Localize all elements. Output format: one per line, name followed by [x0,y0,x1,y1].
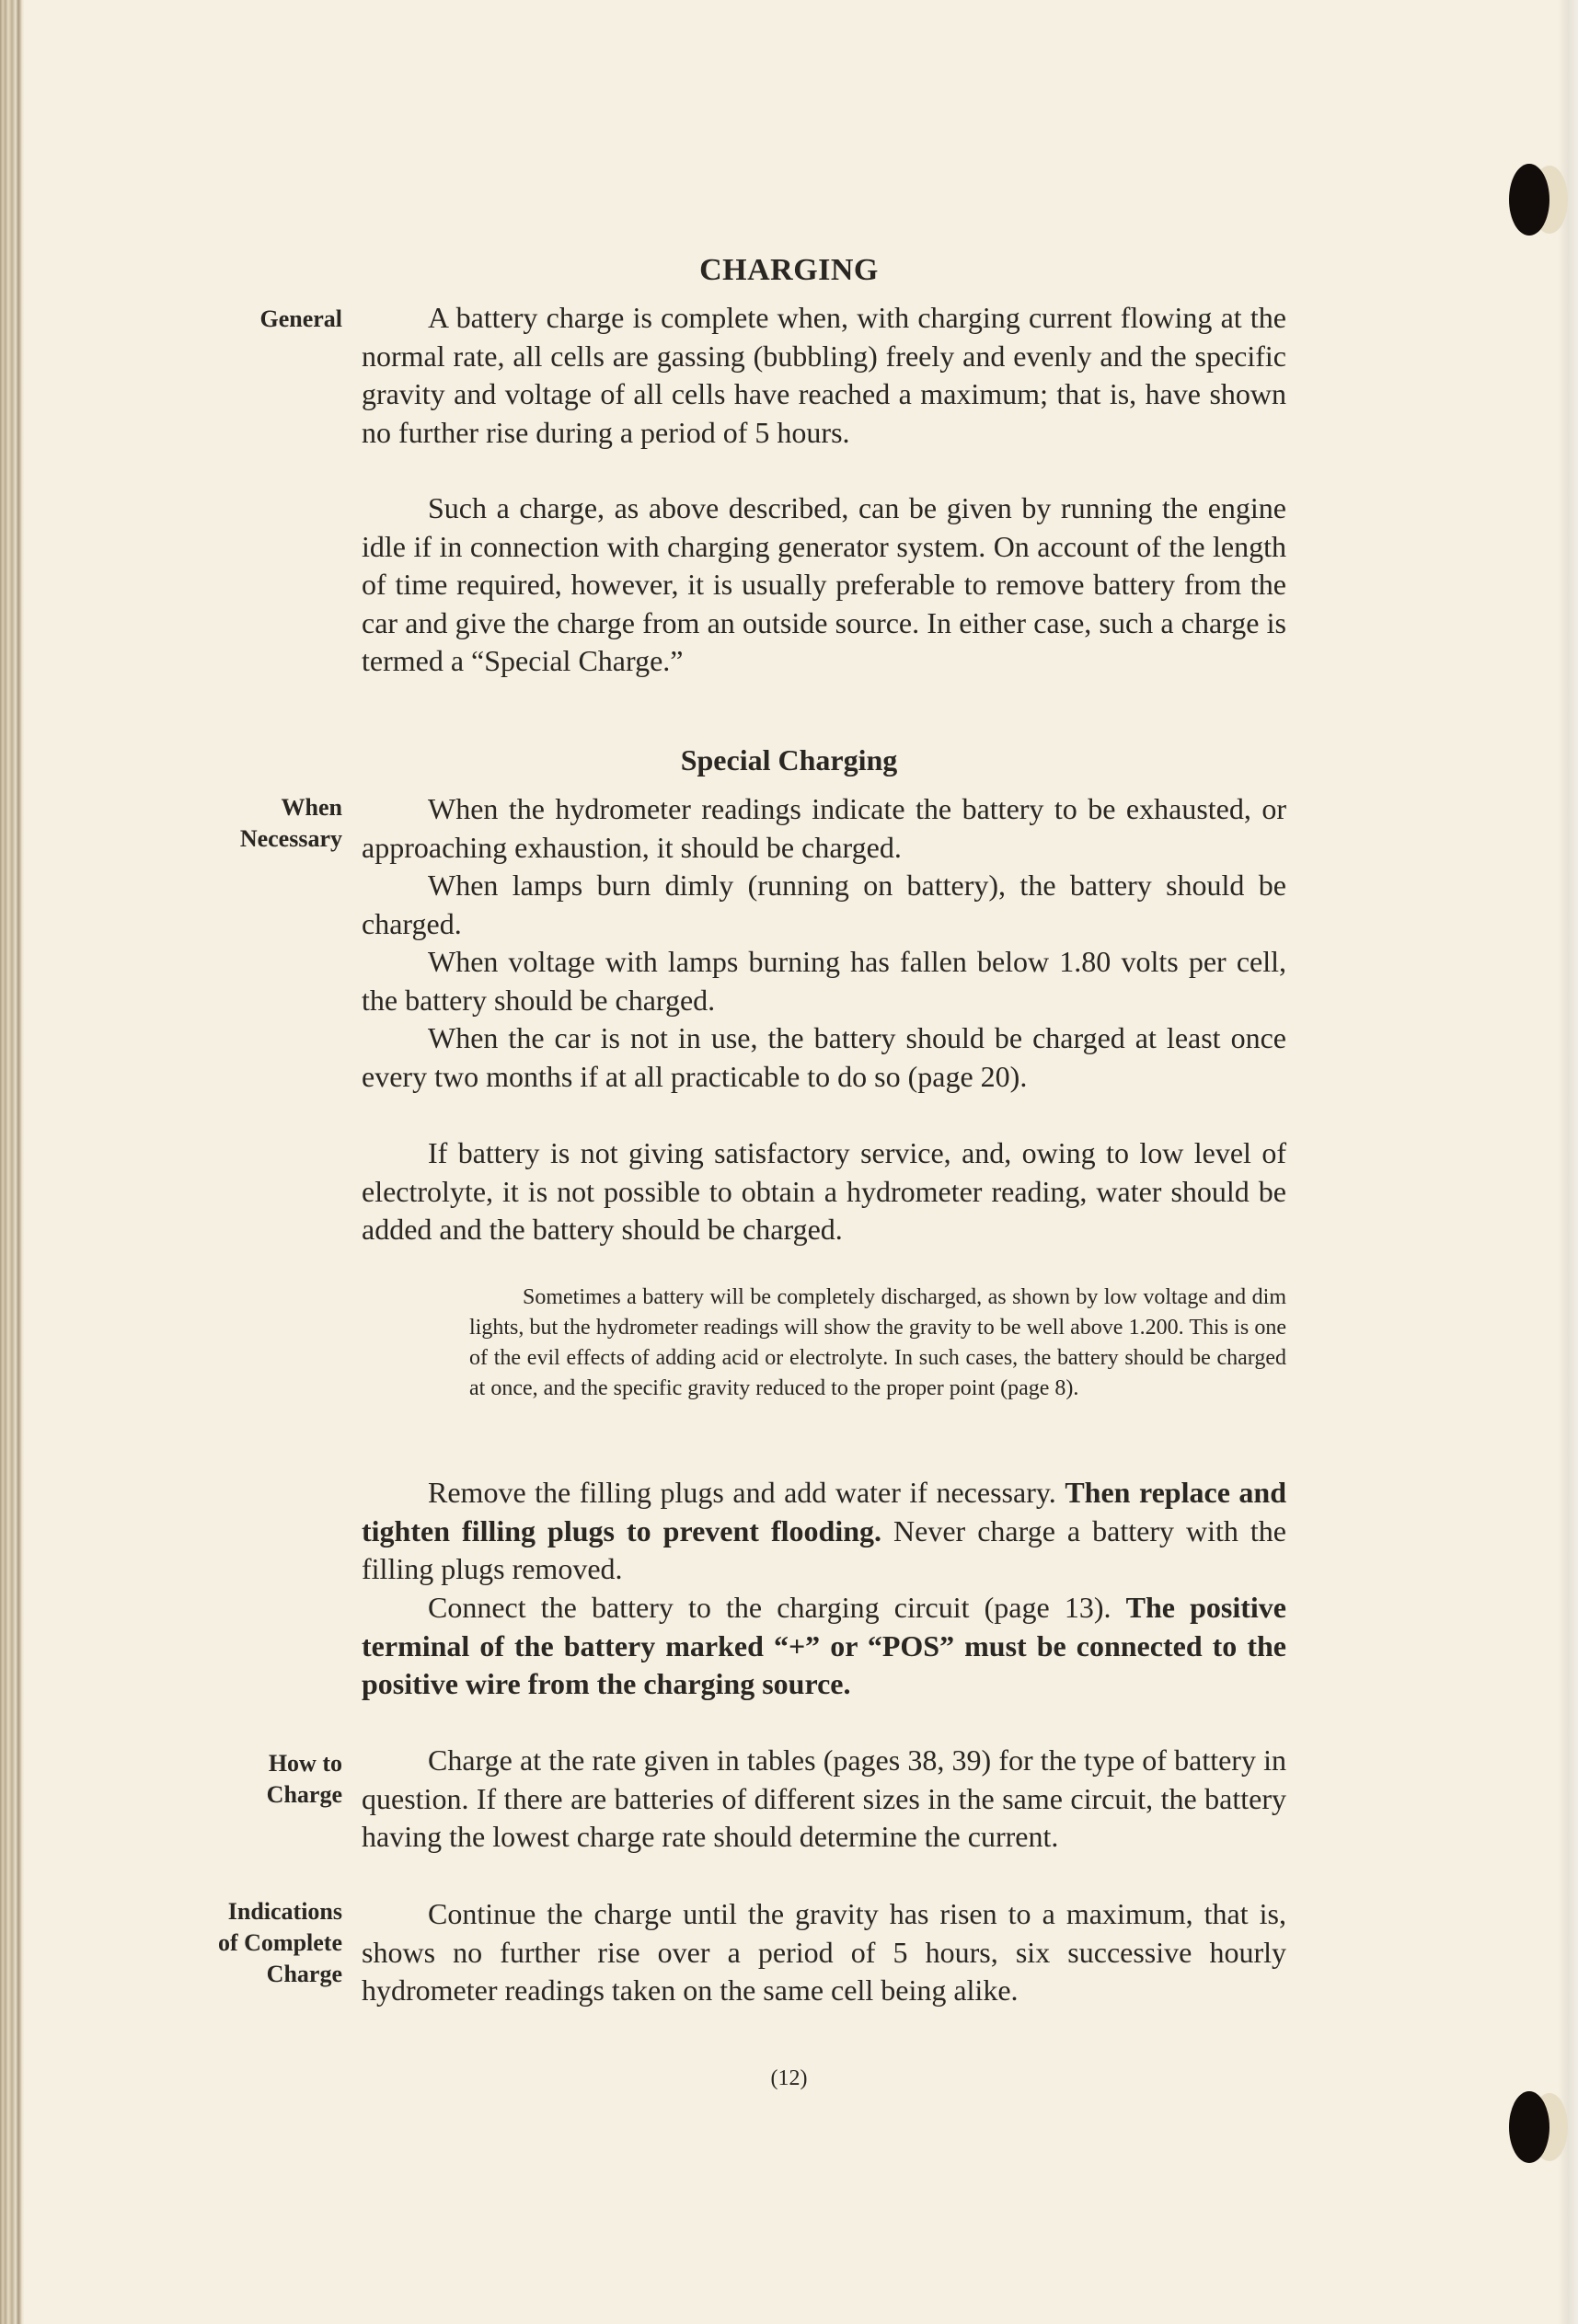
paragraph-text: Connect the battery to the charging circ… [428,1591,1126,1624]
section-heading-special-charging: Special Charging [0,743,1578,777]
page-right-edge [1558,0,1578,2324]
page-title: CHARGING [0,253,1578,288]
margin-note-text: How to [267,1748,342,1779]
margin-note-when-necessary: When Necessary [240,792,342,855]
paragraph-text: Remove the filling plugs and add water i… [428,1476,1065,1509]
paragraph-text: When the car is not in use, the battery … [362,1021,1286,1093]
page-number: (12) [0,2066,1578,2091]
margin-note-text: Indications [218,1896,342,1927]
paragraph-special-4: When the car is not in use, the battery … [362,1019,1286,1096]
paragraph-text: Continue the charge until the gravity ha… [362,1897,1286,2007]
paragraph-special-3: When voltage with lamps burning has fall… [362,943,1286,1019]
paragraph-text: When voltage with lamps burning has fall… [362,945,1286,1017]
paragraph-how-to-charge: Charge at the rate given in tables (page… [362,1742,1286,1857]
paragraph-text: When the hydrometer readings indicate th… [362,792,1286,864]
margin-note-indications: Indications of Complete Charge [218,1896,342,1990]
paragraph-general-1: A battery charge is complete when, with … [362,299,1286,452]
book-binding-edge [0,0,24,2324]
punch-hole-bottom [1509,2091,1549,2163]
margin-note-text: Necessary [240,823,342,855]
margin-note-general: General [259,304,342,335]
margin-note-text: Charge [267,1779,342,1811]
paragraph-special-6: Remove the filling plugs and add water i… [362,1474,1286,1589]
paragraph-general-2: Such a charge, as above described, can b… [362,489,1286,681]
margin-note-text: General [259,304,342,335]
paragraph-text: Charge at the rate given in tables (page… [362,1743,1286,1853]
margin-note-how-to-charge: How to Charge [267,1748,342,1811]
paragraph-text: When lamps burn dimly (running on batter… [362,869,1286,940]
margin-note-text: of Complete [218,1927,342,1959]
paragraph-special-5: If battery is not giving satisfactory se… [362,1134,1286,1249]
paragraph-text: A battery charge is complete when, with … [362,301,1286,449]
paragraph-text: If battery is not giving satisfactory se… [362,1136,1286,1246]
paragraph-text: Such a charge, as above described, can b… [362,491,1286,677]
paragraph-indications: Continue the charge until the gravity ha… [362,1895,1286,2010]
paragraph-special-2: When lamps burn dimly (running on batter… [362,867,1286,943]
punch-hole-top [1509,164,1549,236]
margin-note-text: Charge [218,1959,342,1990]
paragraph-special-7: Connect the battery to the charging circ… [362,1589,1286,1704]
margin-note-text: When [240,792,342,823]
footnote-text: Sometimes a battery will be completely d… [469,1285,1286,1400]
footnote-discharged-battery: Sometimes a battery will be completely d… [469,1283,1286,1404]
paragraph-special-1: When the hydrometer readings indicate th… [362,790,1286,867]
